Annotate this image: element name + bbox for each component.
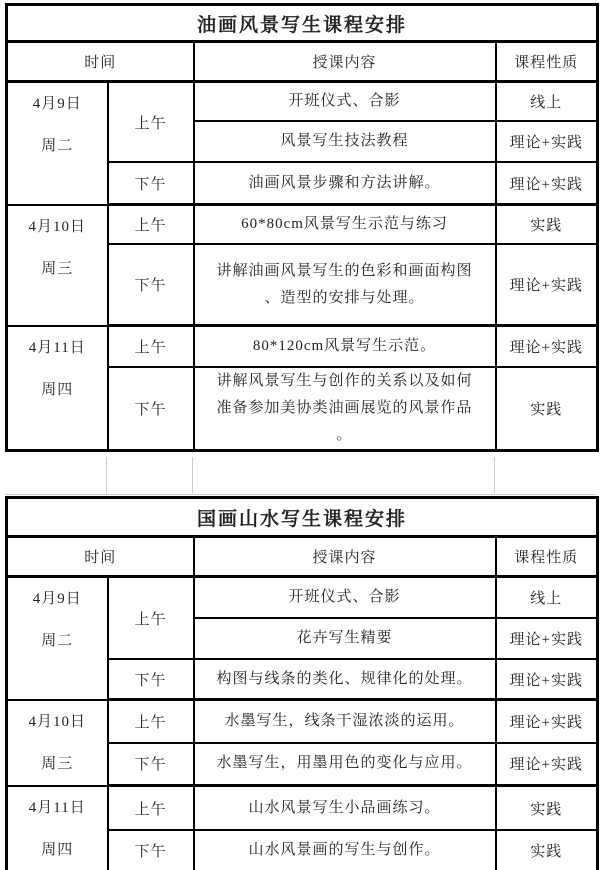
gap-column-line (494, 457, 495, 493)
nature-cell: 理论+实践 (496, 659, 598, 700)
gap-column-line (106, 457, 107, 493)
header-time: 时间 (7, 42, 194, 82)
period-cell-pm: 下午 (108, 367, 194, 451)
period-cell-am: 上午 (108, 205, 194, 245)
period-cell-pm: 下午 (108, 244, 194, 326)
content-cell: 风景写生技法教程 (194, 121, 496, 162)
content-cell: 80*120cm风景写生示范。 (194, 326, 496, 368)
content-cell: 花卉写生精要 (194, 618, 496, 659)
table-gap-spacer (5, 457, 596, 493)
content-cell: 山水风景写生小品画练习。 (194, 786, 496, 831)
table-title: 国画山水写生课程安排 (7, 498, 598, 537)
header-content: 授课内容 (194, 537, 496, 577)
period-cell-am: 上午 (108, 786, 194, 831)
header-nature: 课程性质 (496, 537, 598, 577)
nature-cell: 理论+实践 (496, 700, 598, 743)
content-cell: 油画风景步骤和方法讲解。 (194, 162, 496, 205)
period-cell-pm: 下午 (108, 830, 194, 870)
table-title: 油画风景写生课程安排 (7, 5, 598, 42)
weekday-text: 周四 (8, 829, 107, 870)
date-text: 4月11日 (8, 327, 107, 369)
date-cell: 4月9日 周二 (7, 82, 108, 205)
nature-cell: 实践 (496, 830, 598, 870)
date-text: 4月10日 (8, 701, 107, 743)
weekday-text: 周二 (8, 125, 107, 167)
nature-cell: 理论+实践 (496, 162, 598, 205)
oil-course-table: 油画风景写生课程安排 时间 授课内容 课程性质 4月9日 周二 上午 开班仪式、… (5, 3, 599, 452)
content-cell: 开班仪式、合影 (194, 577, 496, 619)
date-cell: 4月10日 周三 (7, 205, 108, 326)
nature-cell: 理论+实践 (496, 244, 598, 326)
page-root: 油画风景写生课程安排 时间 授课内容 课程性质 4月9日 周二 上午 开班仪式、… (0, 0, 600, 870)
weekday-text: 周四 (8, 369, 107, 411)
header-nature: 课程性质 (496, 42, 598, 82)
header-content: 授课内容 (194, 42, 496, 82)
date-cell: 4月11日 周四 (7, 326, 108, 451)
period-cell-am: 上午 (108, 82, 194, 163)
content-cell: 讲解油画风景写生的色彩和画面构图 、造型的安排与处理。 (194, 244, 496, 326)
weekday-text: 周二 (8, 620, 107, 662)
content-cell: 60*80cm风景写生示范与练习 (194, 205, 496, 245)
period-cell-am: 上午 (108, 326, 194, 368)
date-text: 4月11日 (8, 787, 107, 829)
nature-cell: 理论+实践 (496, 618, 598, 659)
content-cell: 构图与线条的类化、规律化的处理。 (194, 659, 496, 700)
period-cell-am: 上午 (108, 700, 194, 743)
header-time: 时间 (7, 537, 194, 577)
period-cell-am: 上午 (108, 577, 194, 660)
date-cell: 4月10日 周三 (7, 700, 108, 786)
nature-cell: 理论+实践 (496, 743, 598, 786)
gap-column-line (192, 457, 193, 493)
weekday-text: 周三 (8, 248, 107, 290)
nature-cell: 线上 (496, 577, 598, 619)
date-cell: 4月9日 周二 (7, 577, 108, 700)
content-cell: 讲解风景写生与创作的关系以及如何 准备参加美协类油画展览的风景作品 。 (194, 367, 496, 451)
date-text: 4月9日 (8, 83, 107, 125)
content-cell: 开班仪式、合影 (194, 82, 496, 122)
period-cell-pm: 下午 (108, 743, 194, 786)
period-cell-pm: 下午 (108, 162, 194, 205)
date-text: 4月9日 (8, 578, 107, 620)
nature-cell: 实践 (496, 205, 598, 245)
content-cell: 水墨写生，用墨用色的变化与应用。 (194, 743, 496, 786)
nature-cell: 理论+实践 (496, 326, 598, 368)
weekday-text: 周三 (8, 743, 107, 785)
nature-cell: 线上 (496, 82, 598, 122)
nature-cell: 实践 (496, 367, 598, 451)
nature-cell: 实践 (496, 786, 598, 831)
nature-cell: 理论+实践 (496, 121, 598, 162)
period-cell-pm: 下午 (108, 659, 194, 700)
content-cell: 山水风景画的写生与创作。 (194, 830, 496, 870)
date-cell: 4月11日 周四 (7, 786, 108, 870)
ink-course-table: 国画山水写生课程安排 时间 授课内容 课程性质 4月9日 周二 上午 开班仪式、… (5, 496, 599, 870)
date-text: 4月10日 (8, 206, 107, 248)
content-cell: 水墨写生，线条干湿浓淡的运用。 (194, 700, 496, 743)
gap-bottom-line (5, 494, 596, 495)
